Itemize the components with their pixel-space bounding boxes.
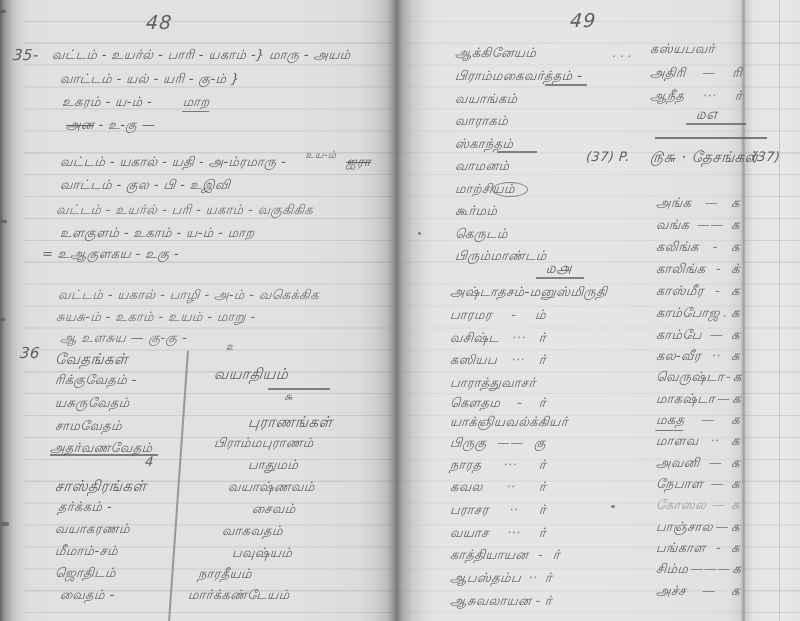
smriti-suffix: ர்	[538, 480, 547, 496]
line-text: - உ-கு —	[98, 118, 156, 133]
smriti-list-item: நாரத ··· ர்	[449, 458, 546, 474]
edge-mark	[0, 10, 6, 13]
column2-header: வயாதியம்	[213, 365, 289, 385]
page-number-right: 49	[569, 10, 597, 32]
smriti-name: வயாச	[449, 526, 489, 542]
section-37-title: ௫௬ · தேசங்கள்	[649, 148, 759, 168]
dash-mark: —	[700, 66, 719, 81]
purana-list-item: பிராம்மபுராணம்	[213, 436, 314, 452]
smriti-suffix: ர்	[538, 526, 547, 542]
dash-mark: -	[713, 262, 723, 277]
purana-list-item: கெருடம்	[454, 227, 508, 243]
purana-list-item: வாமனம்	[454, 159, 510, 175]
sastra-list-item: வயாகரணம்	[54, 522, 130, 538]
scan-speck	[418, 232, 421, 235]
dash-mark: -	[533, 594, 543, 609]
country-suffix: க	[731, 284, 741, 300]
edge-mark	[0, 220, 7, 223]
country-list-item: காம்பே — க	[655, 328, 740, 344]
country-suffix: க	[731, 349, 741, 365]
sastra-list-item: மீமாம்-சம்	[54, 544, 118, 560]
dash-mark: —	[699, 584, 718, 599]
country-suffix: க	[731, 218, 741, 234]
smriti-list-item: கவல ·· ர்	[449, 480, 546, 496]
dash-mark: —	[713, 520, 732, 535]
country-suffix: க	[731, 520, 741, 536]
country-list-item: காலிங்க - க்	[655, 262, 740, 278]
correction-scribble	[492, 182, 528, 197]
rishi-list-item: ஆநீத ··· ர்	[649, 89, 742, 105]
country-list-item: சிம்ம ——— க	[655, 562, 740, 578]
country-suffix: க	[731, 434, 741, 450]
sastra-count: ௬	[283, 390, 294, 405]
dash-mark: .	[721, 306, 731, 321]
smriti-suffix: ர்	[544, 594, 553, 610]
country-suffix: க	[731, 498, 741, 514]
section-37-left-label: (37) P.	[585, 150, 630, 165]
sastra-list-item: ஜொதிடம்	[54, 566, 116, 582]
dash-mark: —	[714, 392, 733, 407]
smriti-name: பராசர	[449, 503, 489, 519]
country-suffix: க	[731, 196, 741, 212]
handwritten-line: உகரம் - ய-ம் - மாற	[61, 95, 210, 111]
edge-mark	[1, 522, 9, 526]
country-name: அச்ச	[655, 584, 686, 600]
handwritten-line: உளகுளம் - உகாம் - ய-ம் - மாற	[59, 226, 255, 242]
purana-list-item: மார்க்கண்டேயம்	[187, 588, 290, 604]
dash-mark: -	[710, 240, 720, 255]
rishi-list-item: அதிரி — ரி	[649, 66, 742, 82]
country-suffix: க	[732, 370, 742, 386]
country-name: மகத	[655, 413, 685, 431]
smriti-list-item: வசிஷ்ட ··· ர்	[449, 331, 546, 347]
country-list-item: மாளவ ·· க	[655, 434, 740, 450]
dash-mark: ··	[526, 571, 540, 586]
purana-list-item: கூர்மம்	[454, 204, 498, 220]
country-suffix: க	[731, 584, 741, 600]
dash-mark: ··	[708, 434, 722, 449]
country-list-item: அங்க — க	[655, 196, 740, 212]
handwritten-line: வாட்டம் - குல - பி - உஇவி	[59, 178, 231, 194]
veda-list-header: வேதங்கள்	[54, 350, 129, 370]
smriti-list-item: ஆசுவலாயன - ர்	[449, 594, 552, 610]
smriti-list-item: பாரமர - ம்	[449, 308, 546, 324]
smriti-suffix: ர்	[544, 571, 553, 587]
country-name: அவனி	[655, 456, 700, 472]
country-suffix: க	[732, 562, 742, 578]
purana-list-item: பாதுமம்	[247, 458, 299, 474]
veda-count: 4	[144, 455, 154, 470]
smriti-name: காத்தியாயன	[449, 548, 529, 564]
country-name: பங்காள	[655, 541, 706, 557]
country-name: வெருஷ்டா	[655, 370, 724, 386]
country-name: நேபாள	[655, 477, 703, 493]
dash-mark: —	[702, 196, 721, 211]
handwritten-line: வட்டம் - யகால் - யதி - அ-ம்ரமாரு - உய-ம்…	[59, 155, 371, 171]
dash-mark: ···	[700, 89, 719, 104]
country-list-item: வங்க —— க	[655, 218, 740, 234]
country-suffix: க	[731, 477, 741, 493]
purana-list-item: வாராகம்	[454, 114, 509, 130]
country-list-item: மகத — க	[655, 413, 741, 431]
dash-mark: -	[508, 308, 518, 323]
purana-list-item: நாரதீயம்	[197, 567, 252, 583]
smriti-list-item: அஷ்டாதசம்-மனுஸ்மிருதி	[449, 285, 626, 301]
country-name: காஸ்மீர	[655, 284, 704, 300]
dash-mark: —	[708, 477, 727, 492]
rishi-name: ஆநீத	[649, 89, 685, 105]
purana-list-header: புராணங்கள்	[247, 413, 333, 433]
smriti-name: அஷ்டாதசம்-மனுஸ்மிருதி	[449, 285, 608, 301]
dash-mark: ··	[709, 349, 723, 364]
purana-count: ௰௮	[545, 259, 572, 279]
country-list-item: வெருஷ்டா - க	[655, 370, 740, 386]
rishi-name: அதிரி	[649, 66, 686, 82]
purana-list-item: சைவம்	[251, 502, 296, 518]
interline-note: ௨	[225, 340, 235, 355]
superscript-correction: உய-ம்	[305, 150, 337, 161]
country-list-item: கல-வீர ·· க	[655, 349, 740, 365]
smriti-name: கஸியப	[449, 353, 497, 369]
smriti-name: ஆபஸ்தம்ப	[449, 571, 521, 587]
country-list-item: நேபாள — க	[655, 477, 740, 493]
smriti-list-item: பாராத்துவாசர்	[449, 376, 546, 392]
country-suffix: க	[732, 392, 742, 408]
country-list-item: அவனி — க	[655, 456, 740, 472]
line-text: வட்டம் - யகால் - யதி - அ-ம்ரமாரு -	[59, 155, 286, 170]
rishi-name: கஸ்யபவர்	[649, 42, 715, 58]
veda-list-item: யசுருவேதம்	[54, 396, 130, 412]
dash-mark: -	[723, 370, 733, 385]
country-name: சிம்ம	[655, 562, 689, 578]
country-name: மாளவ	[655, 434, 699, 450]
handwritten-line: வாட்டம் - யல் - யரி - கு-ம் }	[59, 72, 240, 88]
country-suffix: க	[731, 456, 741, 472]
dash-mark: ··	[507, 503, 521, 518]
smriti-suffix: கு	[533, 436, 546, 452]
line-text: உகரம் - ய-ம் -	[61, 95, 152, 110]
smriti-suffix: ர்	[552, 548, 561, 564]
dash-mark: —	[709, 498, 728, 513]
underlined-word: மாற	[182, 95, 210, 112]
dash-mark: ··	[504, 480, 518, 495]
smriti-name: பாராத்துவாசர்	[449, 376, 536, 392]
section-36-number: 36	[19, 344, 40, 362]
dash-mark: -	[535, 548, 545, 563]
edge-mark	[0, 318, 5, 321]
veda-list-item: ரிக்குவேதம் -	[54, 373, 137, 389]
dash-mark: ——	[494, 436, 526, 451]
country-suffix: க	[731, 541, 741, 557]
smriti-name: ஆசுவலாயன	[449, 594, 532, 610]
handwritten-line: சுயசு-ம் - உகாம் - உயம் - மாறு -	[55, 310, 256, 326]
dash-mark: —	[699, 413, 718, 428]
country-list-item: பாஞ்சால — க	[655, 520, 740, 536]
page-edge-line	[779, 0, 780, 621]
country-name: காம்பே	[655, 328, 702, 344]
country-suffix: க	[731, 240, 741, 256]
country-suffix: க்	[731, 262, 741, 278]
country-suffix: க	[731, 306, 741, 322]
purana-list-item: பிராம்மகைவர்த்தம் -	[454, 69, 583, 85]
smriti-name: கவல	[449, 480, 483, 496]
smriti-list-item: காத்தியாயன - ர்	[449, 548, 560, 564]
country-suffix: க	[731, 328, 741, 344]
smriti-suffix: ர்	[538, 503, 547, 519]
dash-mark: —	[706, 456, 725, 471]
word-underline	[545, 84, 587, 86]
ditto-dots: · · ·	[611, 50, 632, 63]
dash-mark: ···	[504, 526, 523, 541]
rishi-suffix: ரி	[732, 66, 743, 82]
purana-list-item: வாகவதம்	[221, 524, 283, 540]
country-name: மாகஷ்டா	[655, 392, 715, 408]
smriti-suffix: ர்	[538, 458, 547, 474]
tally-underline	[50, 454, 158, 456]
country-list-item: பங்காள - க	[655, 541, 740, 557]
handwritten-line: வட்டம் - உயர்ல் - பாரி - யகாம் -} மாரு -…	[51, 48, 351, 64]
country-list-item: கலிங்க - க	[655, 240, 740, 256]
smriti-list-item: பிருகு —— கு	[449, 436, 546, 452]
country-list-item: காம்போஜ . க	[655, 306, 740, 322]
handwritten-line: ஆ உளசுய — கு-கு -	[59, 331, 187, 347]
purana-list-item: ஆக்கினேயம்	[454, 46, 537, 62]
smriti-list-item: கௌதம - ர்	[449, 396, 546, 412]
purana-list-item: வயாங்கம்	[454, 92, 518, 108]
smriti-list-item: யாக்ஞியவல்க்கியர்	[449, 415, 546, 431]
rishi-count: ௰௭	[695, 105, 718, 125]
separator-line	[655, 137, 767, 139]
smriti-list-item: வயாச ··· ர்	[449, 526, 546, 542]
word-underline	[497, 151, 537, 153]
purana-list-item: பிரும்மாண்டம்	[454, 249, 547, 265]
smriti-list-item: ஆபஸ்தம்ப ·· ர்	[449, 571, 552, 587]
country-list-item: மாகஷ்டா — க	[655, 392, 740, 408]
country-name: கலிங்க	[655, 240, 699, 256]
smriti-suffix: ர்	[538, 396, 547, 412]
country-name: அங்க	[655, 196, 692, 212]
page-number-left: 48	[145, 12, 173, 34]
smriti-name: பாரமர	[449, 308, 492, 324]
country-list-item: காஸ்மீர - க	[655, 284, 740, 300]
country-name: பாஞ்சால	[655, 520, 713, 536]
dash-mark: ——	[694, 218, 726, 233]
binding-gutter-shadow	[372, 0, 426, 621]
section-37-right-label: (37)	[751, 150, 781, 165]
smriti-name: பிருகு	[449, 436, 487, 452]
sastra-list-header: சாஸ்திரங்கள்	[54, 477, 147, 497]
dash-mark: -	[514, 396, 524, 411]
purana-list-item: வயாஷ்ணவம்	[227, 480, 315, 496]
smriti-name: கௌதம	[449, 396, 501, 412]
dash-mark: —	[707, 328, 726, 343]
sastra-list-item: வைதம் -	[59, 588, 115, 604]
scan-speck	[611, 505, 615, 508]
manuscript-scan: 48 35- வட்டம் - உயர்ல் - பாரி - யகாம் -}…	[0, 0, 800, 621]
dash-mark: ———	[688, 562, 734, 577]
tally-underline	[536, 277, 584, 279]
ruled-lines-far-edge	[744, 0, 800, 621]
handwritten-line: அன - உ-கு —	[65, 118, 156, 134]
sastra-list-item: தர்க்கம் -	[57, 500, 112, 516]
handwritten-line: வட்டம் - உயர்ல் - பரி - யகாம் - வகுகிகிக	[55, 203, 314, 219]
smriti-suffix: ர்	[538, 353, 547, 369]
purana-list-item: பவுஷ்யம்	[231, 546, 293, 562]
smriti-suffix: ர்	[538, 331, 547, 347]
struck-word: ஐரா	[346, 155, 372, 170]
handwritten-line: = உஆகுளகய - உகு -	[41, 247, 179, 263]
smriti-list-item: பராசர ·· ர்	[449, 503, 546, 519]
veda-list-item: சாமவேதம்	[54, 419, 122, 435]
smriti-name: நாரத	[449, 458, 482, 474]
country-name: காலிங்க	[655, 262, 706, 278]
smriti-list-item: கஸியப ··· ர்	[449, 353, 546, 369]
rishi-suffix: ர்	[734, 89, 743, 105]
tally-underline	[268, 388, 330, 390]
tally-underline	[686, 123, 746, 125]
country-list-item: அச்ச — க	[655, 584, 740, 600]
country-suffix: க	[731, 413, 741, 429]
handwritten-line: வட்டம் - யகால் - பாழி - அ-ம் - வகெக்கிக	[57, 288, 319, 304]
country-name: கல-வீர	[655, 349, 701, 365]
smriti-name: வசிஷ்ட	[449, 331, 500, 347]
section-35-number: 35-	[12, 46, 39, 64]
dash-mark: ···	[501, 458, 520, 473]
smriti-suffix: ம்	[534, 308, 546, 324]
dash-mark: -	[712, 284, 722, 299]
rishi-list-item: கஸ்யபவர்	[649, 42, 742, 58]
dash-mark: ···	[510, 331, 529, 346]
country-list-item: கோஸல — க	[655, 498, 740, 514]
dash-mark: -	[713, 541, 723, 556]
country-name: காம்போஜ	[655, 306, 720, 322]
dash-mark: ···	[508, 353, 527, 368]
country-name: கோஸல	[655, 498, 707, 514]
smriti-name: யாக்ஞியவல்க்கியர்	[449, 415, 568, 431]
struck-word: அன	[65, 118, 94, 133]
country-name: வங்க	[655, 218, 690, 234]
